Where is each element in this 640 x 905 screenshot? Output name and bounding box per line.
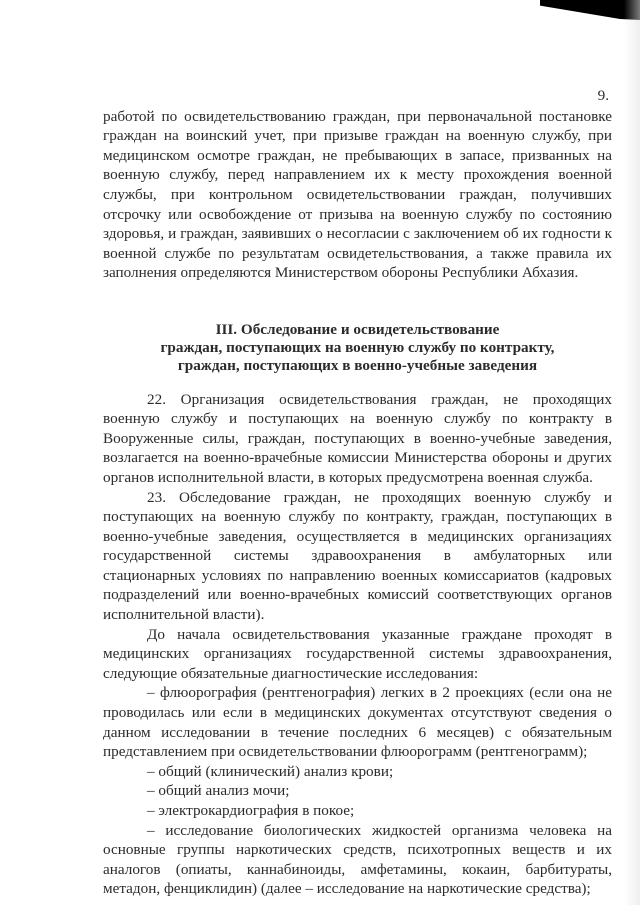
section-heading-line-2: граждан, поступающих на военную службу п… [103, 339, 612, 357]
list-item-urine-test: – общий анализ мочи; [103, 781, 612, 801]
section-heading-line-1: III. Обследование и освидетельствование [103, 321, 612, 339]
list-item-drug-screening: – исследование биологических жидкостей о… [103, 821, 612, 899]
list-item-fluorography: – флюорография (рентгенография) легких в… [103, 683, 612, 761]
continuation-paragraph: работой по освидетельствованию граждан, … [103, 107, 612, 283]
paragraph-22: 22. Организация освидетельствования граж… [103, 390, 612, 488]
section-heading-line-3: граждан, поступающих в военно-учебные за… [103, 357, 612, 375]
list-item-blood-test: – общий (клинический) анализ крови; [103, 762, 612, 782]
paragraph-diagnostics-intro: До начала освидетельствования указанные … [103, 625, 612, 684]
document-page: 9. работой по освидетельствованию гражда… [103, 86, 612, 899]
list-item-ecg: – электрокардиография в покое; [103, 801, 612, 821]
paragraph-23: 23. Обследование граждан, не проходящих … [103, 488, 612, 625]
scan-edge-shadow [624, 0, 640, 905]
section-heading: III. Обследование и освидетельствование … [103, 321, 612, 376]
page-number: 9. [103, 86, 612, 106]
